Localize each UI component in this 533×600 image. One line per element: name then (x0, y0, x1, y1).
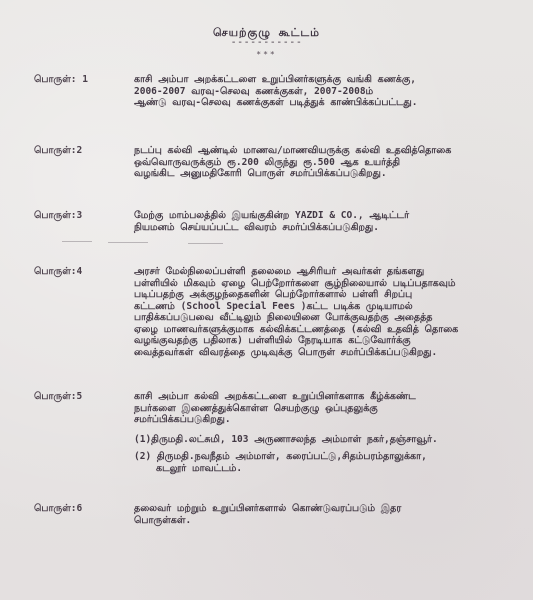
body-line: தலைவர் மற்றும் உறுப்பினர்களால் கொண்டுவரப… (134, 503, 524, 515)
nominee-line: (1)திருமதி.லட்சுமி, 103 அருணாசலந்த அம்மா… (134, 434, 524, 446)
nominee-1: (1)திருமதி.லட்சுமி, 103 அருணாசலந்த அம்மா… (134, 434, 524, 446)
body-line: வழங்கிட அனுமதிகோரி பொருள் சமர்ப்பிக்கப்ப… (134, 168, 524, 180)
body-line: அரசர் மேல்நிலைப்பள்ளி தலைமை ஆசிரியர் அவர… (134, 266, 524, 278)
agenda-item-label: பொருள்:4 (34, 266, 82, 278)
title-block: செயற்குழு கூட்டம் ----------- *** (0, 26, 533, 59)
body-line: காசி அம்பா அறக்கட்டளை உறுப்பினர்களுக்கு … (134, 74, 524, 86)
body-line: நபர்களை இணைத்துக்கொள்ள செயற்குழு ஒப்புதல… (134, 403, 524, 415)
body-line: ஆண்டு வரவு-செலவு கணக்குகள் படித்துக் காண… (134, 97, 524, 109)
agenda-item-label: பொருள்: 1 (34, 74, 88, 86)
agenda-item-body: அரசர் மேல்நிலைப்பள்ளி தலைமை ஆசிரியர் அவர… (134, 266, 524, 358)
agenda-item-label: பொருள்:3 (34, 210, 82, 222)
agenda-item-label: பொருள்:5 (34, 391, 82, 403)
nominee-2: (2) திருமதி.நவநீதம் அம்மாள், கரைப்பட்டு,… (134, 451, 524, 474)
ink-smudge (108, 242, 148, 243)
agenda-item-label: பொருள்:6 (34, 503, 82, 515)
body-line: வைத்தவர்கள் விவரத்தை முடிவுக்கு பொருள் ச… (134, 347, 524, 359)
nominee-line: (2) திருமதி.நவநீதம் அம்மாள், கரைப்பட்டு,… (134, 451, 524, 463)
nominee-line: கடலூர் மாவட்டம். (134, 463, 524, 475)
body-line: பள்ளியில் மிகவும் ஏழை பெற்றோர்களை சூழ்நி… (134, 278, 524, 290)
body-line: நியமனம் செய்யப்பட்ட விவரம் சமர்ப்பிக்கப்… (134, 222, 524, 234)
agenda-item-body: நடப்பு கல்வி ஆண்டில் மாணவ/மாணவியருக்கு க… (134, 145, 524, 180)
ink-smudge (62, 241, 92, 242)
body-line: பொருள்கள். (134, 515, 524, 527)
body-line: படிப்பதற்கு அக்குழந்தைகளின் பெற்றோர்களால… (134, 289, 524, 301)
agenda-item-body: தலைவர் மற்றும் உறுப்பினர்களால் கொண்டுவரப… (134, 503, 524, 526)
body-line: நடப்பு கல்வி ஆண்டில் மாணவ/மாணவியருக்கு க… (134, 145, 524, 157)
body-line: ஒவ்வொருவருக்கும் ரூ.200 லிருந்து ரூ.500 … (134, 157, 524, 169)
body-line: பாதிக்கப்படுபவை வீட்டிலும் நிலையினை போக்… (134, 312, 524, 324)
body-line: கட்டணம் (School Special Fees )கட்ட படிக்… (134, 301, 524, 313)
body-line: மேற்கு மாம்பலத்தில் இயங்குகின்ற YAZDI & … (134, 210, 524, 222)
ink-smudge (188, 243, 223, 244)
agenda-item-body: காசி அம்பா கல்வி அறக்கட்டளை உறுப்பினர்கள… (134, 391, 524, 474)
body-line: ஏழை மாணவர்களுக்குமாக கல்விக்கட்டணத்தை (க… (134, 324, 524, 336)
body-line: சமர்ப்பிக்கப்படுகிறது. (134, 414, 524, 426)
agenda-item-body: காசி அம்பா அறக்கட்டளை உறுப்பினர்களுக்கு … (134, 74, 524, 109)
agenda-item-label: பொருள்:2 (34, 145, 82, 157)
body-line: வழங்குவதற்கு பதிலாக) பள்ளியில் நேரடியாக … (134, 335, 524, 347)
body-line: காசி அம்பா கல்வி அறக்கட்டளை உறுப்பினர்கள… (134, 391, 524, 403)
title-stars: *** (0, 50, 533, 59)
agenda-item-body: மேற்கு மாம்பலத்தில் இயங்குகின்ற YAZDI & … (134, 210, 524, 233)
body-line: 2006-2007 வரவு-செலவு கணக்குகள், 2007-200… (134, 86, 524, 98)
title-underline: ----------- (0, 38, 533, 48)
